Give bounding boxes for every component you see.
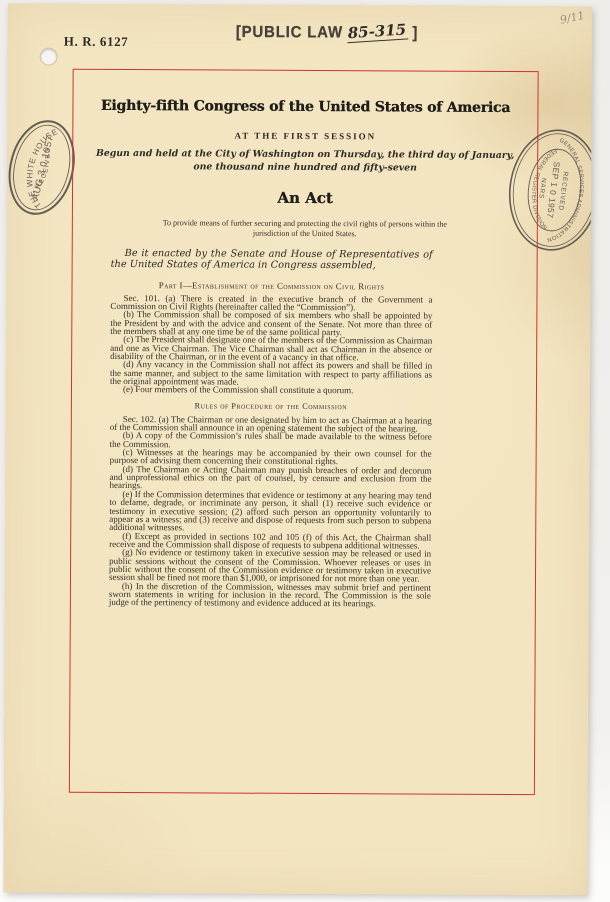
convened-line2: one thousand nine hundred and fifty-seve… [73,160,537,175]
public-law-suffix: ] [412,24,418,42]
public-law-stamp: [PUBLIC LAW 85-315 ] [236,23,418,43]
sec101-para-c: (c) The President shall designate one of… [110,335,432,362]
scan-background: H. R. 6127 [PUBLIC LAW 85-315 ] 9/11 THE… [0,0,610,902]
handwritten-corner-annotation: 9/11 [559,9,586,27]
section-102: Sec. 102. (a) The Chairman or one design… [109,415,432,609]
public-law-prefix: [PUBLIC LAW [236,23,343,42]
section-101: Sec. 101. (a) There is created in the ex… [110,294,433,396]
convened-line1: Begun and held at the City of Washington… [73,148,537,163]
scanned-act-page: { "document": { "corner_annotation": "9/… [0,0,610,902]
rules-of-procedure-heading: Rules of Procedure of the Commission [110,401,432,412]
paper-sheet: H. R. 6127 [PUBLIC LAW 85-315 ] 9/11 THE… [3,3,592,895]
sec102-para-e: (e) If the Commission determines that ev… [109,490,431,533]
part-i-heading: Part I—Establishment of the Commission o… [111,280,433,292]
public-law-number-handwritten: 85-315 [346,20,409,43]
sec102-para-g: (g) No evidence or testimony taken in ex… [109,548,431,583]
act-title: An Act [73,189,537,207]
act-purpose: To provide means of further securing and… [149,218,461,239]
red-rule-frame: Eighty-fifth Congress of the United Stat… [69,69,539,795]
sec102-para-d: (d) The Chairman or Acting Chairman may … [109,465,431,492]
bill-number: H. R. 6127 [64,34,129,50]
sec101-para-e: (e) Four members of the Commission shall… [110,385,432,395]
enacting-clause: Be it enacted by the Senate and House of… [111,249,433,272]
congress-title: Eighty-fifth Congress of the United Stat… [73,98,537,117]
gsa-stamp-nars: NARS [537,177,547,199]
sec101-para-b: (b) The Commission shall be composed of … [110,310,432,337]
act-body-column: Be it enacted by the Senate and House of… [109,249,433,608]
session-line: AT THE FIRST SESSION [73,130,537,142]
punch-hole [41,49,57,65]
sec102-para-h: (h) In the discretion of the Commission,… [109,582,431,609]
sec101-para-d: (d) Any vacancy in the Commission shall … [110,360,432,387]
convened-statement: Begun and held at the City of Washington… [73,148,537,175]
